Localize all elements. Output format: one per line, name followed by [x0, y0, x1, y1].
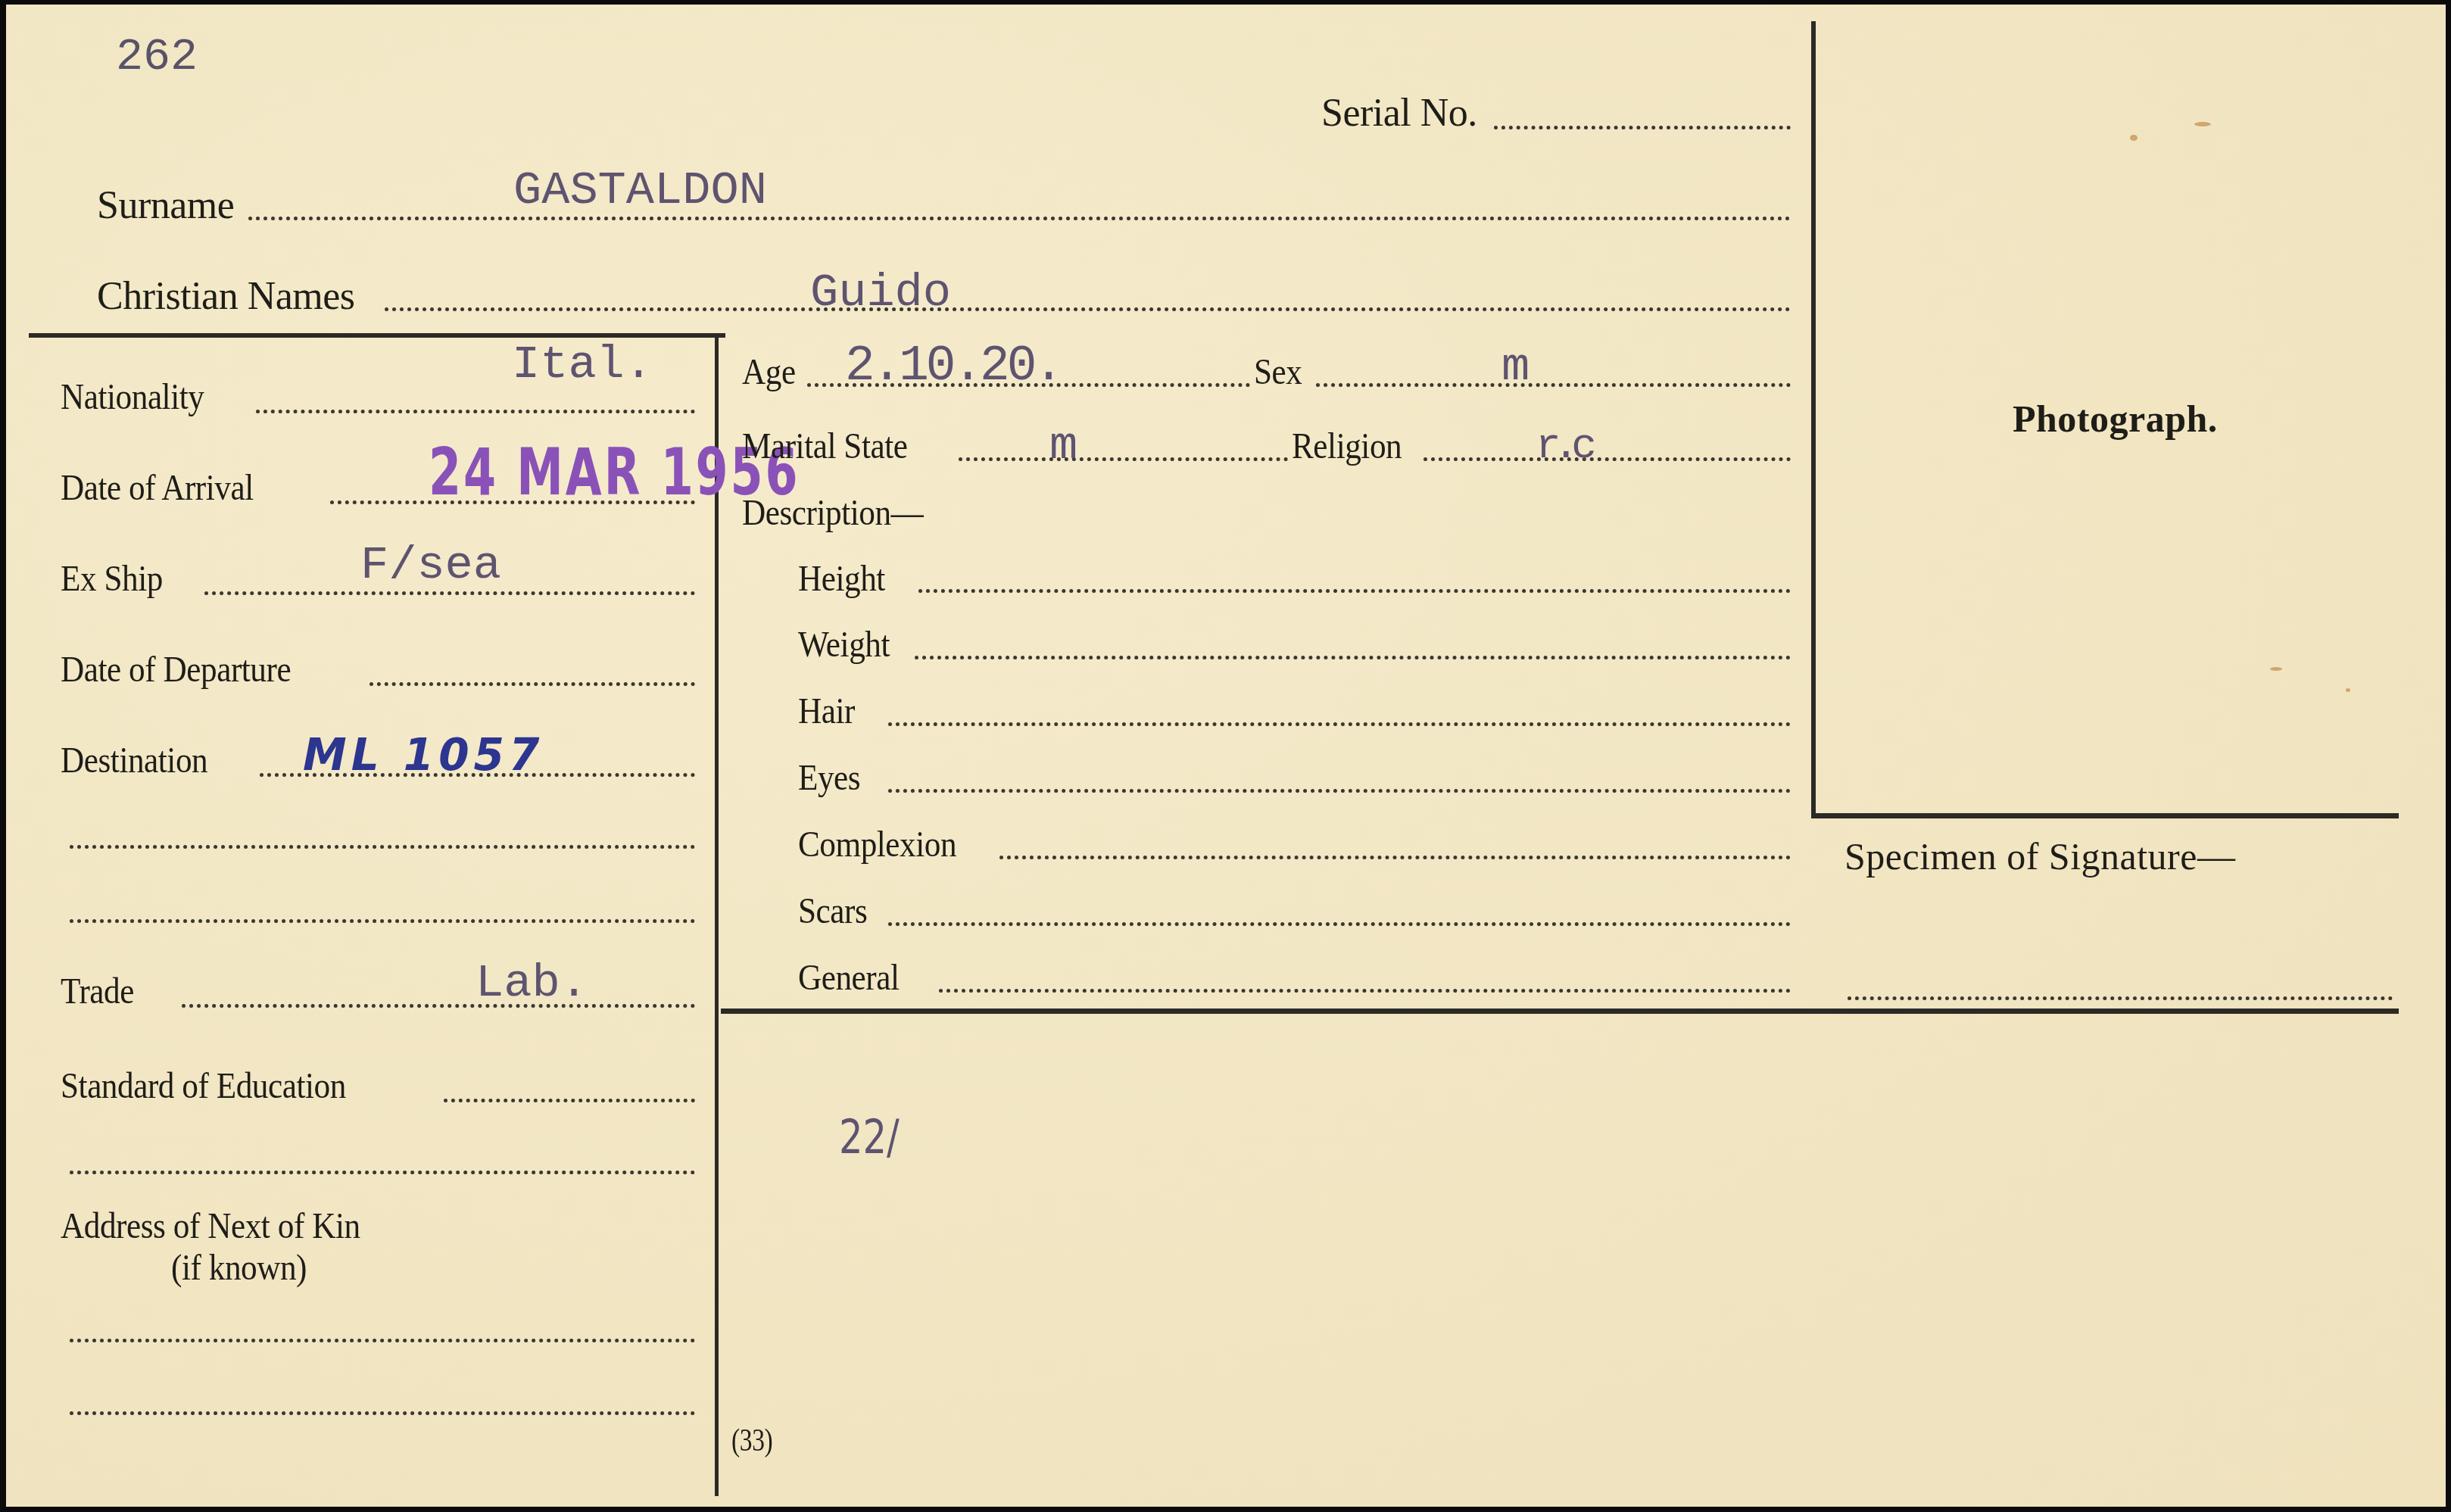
eyes-label: Eyes	[798, 760, 860, 797]
serial-no-label: Serial No.	[1321, 94, 1477, 133]
destination-value: ML 1057	[303, 733, 544, 777]
general-label: General	[798, 960, 900, 996]
standard-of-education-extra-line[interactable]	[70, 1171, 695, 1174]
photo-box-left-rule	[1811, 21, 1816, 818]
photograph-area	[1817, 21, 2399, 813]
sex-label: Sex	[1254, 354, 1302, 391]
trade-value: Lab.	[476, 960, 588, 1007]
middle-bottom-rule	[721, 1009, 2399, 1014]
next-of-kin-line-1[interactable]	[70, 1339, 695, 1342]
date-of-departure-field[interactable]	[370, 682, 695, 686]
standard-of-education-label: Standard of Education	[61, 1068, 346, 1105]
age-label: Age	[742, 354, 796, 391]
signature-label: Specimen of Signature—	[1844, 837, 2235, 875]
ex-ship-value: F/sea	[360, 542, 501, 589]
date-of-departure-label: Date of Departure	[61, 652, 291, 688]
surname-field[interactable]	[248, 217, 1791, 220]
general-field[interactable]	[939, 989, 1791, 993]
form-code: (33)	[731, 1425, 772, 1457]
destination-label: Destination	[61, 743, 207, 779]
religion-field[interactable]	[1424, 457, 1791, 461]
marital-state-field[interactable]	[959, 457, 1288, 461]
surname-label: Surname	[97, 186, 234, 226]
marital-state-value: m	[1049, 422, 1077, 469]
scars-label: Scars	[798, 893, 867, 930]
eyes-field[interactable]	[888, 789, 1791, 793]
next-of-kin-sublabel: (if known)	[171, 1250, 307, 1286]
christian-names-field[interactable]	[385, 307, 1791, 311]
complexion-field[interactable]	[999, 856, 1791, 859]
weight-field[interactable]	[915, 656, 1791, 659]
christian-names-value: Guido	[810, 270, 951, 316]
religion-value: r.c	[1536, 425, 1589, 467]
serial-no-field[interactable]	[1494, 126, 1791, 129]
description-label: Description—	[742, 495, 923, 532]
next-of-kin-label: Address of Next of Kin	[61, 1208, 360, 1245]
immigration-record-card: 262 Serial No. Surname GASTALDON Christi…	[6, 5, 2446, 1507]
destination-extra-line-2[interactable]	[70, 919, 695, 923]
foxing-spot	[2346, 688, 2350, 692]
surname-value: GASTALDON	[513, 167, 767, 214]
card-number: 262	[116, 35, 198, 80]
signature-field[interactable]	[1848, 996, 2393, 1000]
sex-value: m	[1501, 344, 1530, 391]
trade-label: Trade	[61, 974, 134, 1010]
marital-state-label: Marital State	[742, 429, 907, 465]
christian-names-label: Christian Names	[97, 277, 355, 316]
age-value: 2.10.20.	[845, 341, 1061, 391]
foxing-spot	[2270, 667, 2282, 671]
date-of-arrival-label: Date of Arrival	[61, 470, 254, 507]
scars-field[interactable]	[888, 922, 1791, 926]
hair-label: Hair	[798, 694, 855, 730]
standard-of-education-field[interactable]	[444, 1099, 695, 1102]
trade-field[interactable]	[182, 1004, 695, 1008]
ex-ship-label: Ex Ship	[61, 561, 163, 597]
weight-label: Weight	[798, 627, 890, 663]
religion-label: Religion	[1292, 429, 1402, 465]
sex-field[interactable]	[1316, 383, 1791, 387]
next-of-kin-line-2[interactable]	[70, 1411, 695, 1415]
foxing-spot	[2194, 122, 2211, 126]
height-label: Height	[798, 561, 885, 597]
complexion-label: Complexion	[798, 827, 956, 863]
hair-field[interactable]	[888, 722, 1791, 726]
nationality-field[interactable]	[256, 410, 695, 413]
nationality-label: Nationality	[61, 379, 204, 416]
height-field[interactable]	[918, 589, 1791, 593]
office-note: 22/	[839, 1114, 900, 1161]
nationality-value: Ital.	[512, 341, 653, 388]
foxing-spot	[2130, 135, 2138, 141]
photo-box-bottom-rule	[1811, 813, 2399, 818]
destination-extra-line-1[interactable]	[70, 845, 695, 849]
